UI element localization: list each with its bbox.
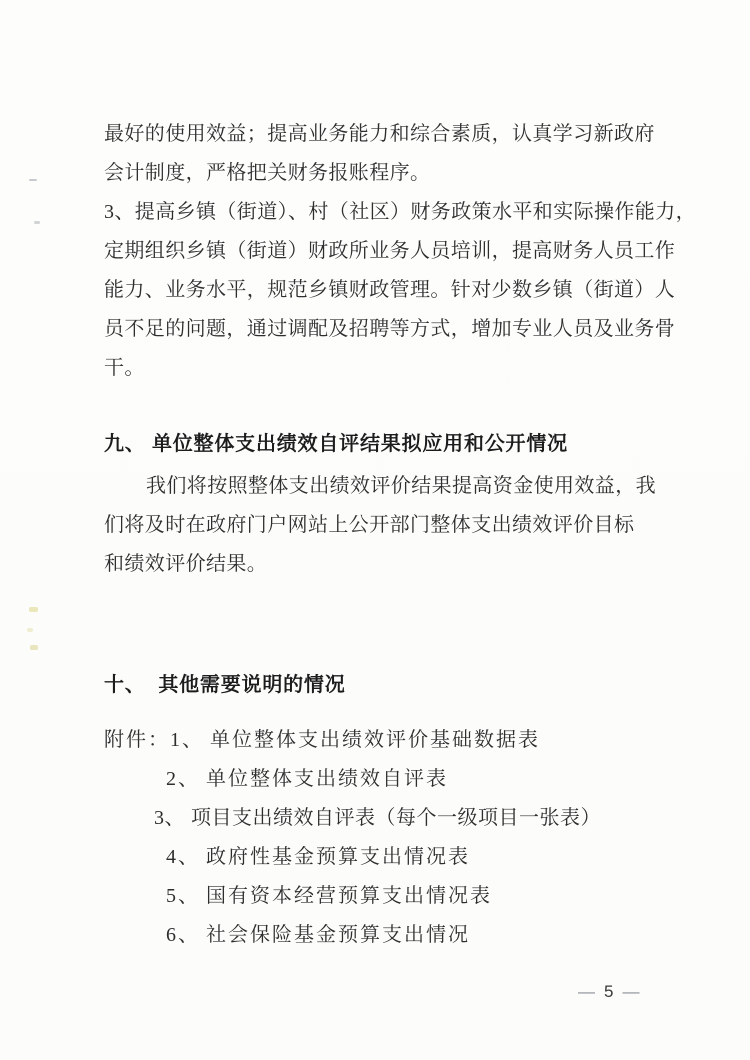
attachment-item-text: 项目支出绩效自评表（每个一级项目一张表） [191,807,601,829]
body-line: 能力、业务水平，规范乡镇财政管理。针对少数乡镇（街道）人 [104,271,704,310]
attachment-item: 5、国有资本经营预算支出情况表 [104,877,704,916]
attachment-item-number: 5、 [166,885,200,907]
page-number-dash-right: — [622,982,639,1002]
attachment-item: 2、单位整体支出绩效自评表 [104,760,704,799]
attachment-list: 附件：1、单位整体支出绩效评价基础数据表 2、单位整体支出绩效自评表 3、项目支… [104,721,704,955]
attachment-item: 4、政府性基金预算支出情况表 [104,838,704,877]
scan-artifact [30,645,38,650]
attachment-item-number: 6、 [166,924,200,946]
document-page: 最好的使用效益；提高业务能力和综合素质，认真学习新政府 会计制度，严格把关财务报… [0,0,750,1060]
page-number-dash-left: — [578,982,595,1002]
section-10-heading: 十、 其他需要说明的情况 [104,666,346,705]
scan-artifact [27,628,33,632]
attachment-item-text: 单位整体支出绩效自评表 [206,768,448,790]
page-number: — 5 — [578,982,639,1002]
body-line: 定期组织乡镇（街道）财政所业务人员培训，提高财务人员工作 [104,232,704,271]
body-line: 最好的使用效益；提高业务能力和综合素质，认真学习新政府 [104,115,704,154]
attachment-item-text: 政府性基金预算支出情况表 [206,846,470,868]
attachment-item-number: 3、 [154,807,185,829]
attachment-item-text: 社会保险基金预算支出情况 [206,924,470,946]
attachment-item-text: 国有资本经营预算支出情况表 [206,885,492,907]
scan-artifact [29,179,37,181]
section-9-paragraph: 我们将按照整体支出绩效评价结果提高资金使用效益，我 们将及时在政府门户网站上公开… [104,467,704,584]
body-text-block: 最好的使用效益；提高业务能力和综合素质，认真学习新政府 会计制度，严格把关财务报… [104,115,704,388]
attachment-item-number: 2、 [166,768,200,790]
body-line: 们将及时在政府门户网站上公开部门整体支出绩效评价目标 [104,506,704,545]
attachment-label: 附件： [104,729,170,751]
body-line: 会计制度，严格把关财务报账程序。 [104,154,704,193]
body-line: 和绩效评价结果。 [104,545,704,584]
body-line: 员不足的问题，通过调配及招聘等方式，增加专业人员及业务骨 [104,310,704,349]
attachment-item-number: 4、 [166,846,200,868]
body-line: 3、提高乡镇（街道）、村（社区）财务政策水平和实际操作能力， [104,193,704,232]
attachment-item: 附件：1、单位整体支出绩效评价基础数据表 [104,721,704,760]
scan-artifact [29,607,38,612]
body-line: 我们将按照整体支出绩效评价结果提高资金使用效益，我 [104,467,704,506]
body-line: 干。 [104,349,704,388]
section-9-heading: 九、 单位整体支出绩效自评结果拟应用和公开情况 [104,425,568,464]
attachment-item-number: 1、 [170,729,204,751]
attachment-item: 3、项目支出绩效自评表（每个一级项目一张表） [104,799,704,838]
page-number-value: 5 [604,982,613,1002]
attachment-item-text: 单位整体支出绩效评价基础数据表 [210,729,540,751]
scan-artifact [34,221,40,224]
attachment-item: 6、社会保险基金预算支出情况 [104,916,704,955]
